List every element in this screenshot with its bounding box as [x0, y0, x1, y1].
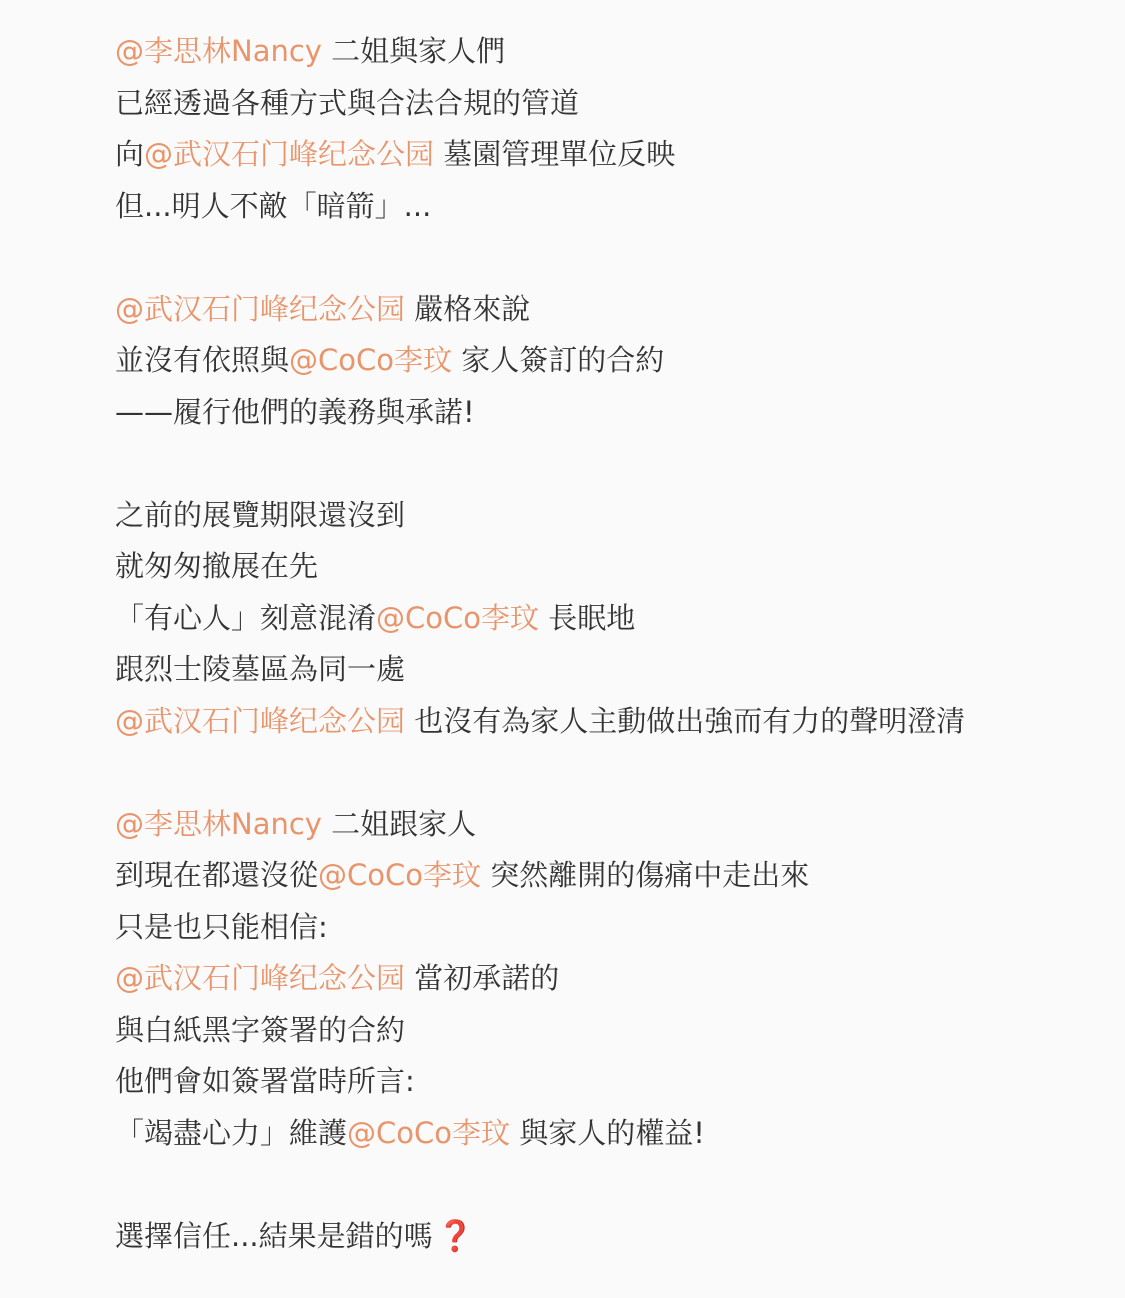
post-text: 墓園管理單位反映	[434, 137, 675, 171]
post-line: 並沒有依照與@CoCo李玟 家人簽訂的合約	[115, 335, 965, 387]
post-text: 只是也只能相信:	[115, 910, 328, 944]
blank-line	[115, 232, 965, 284]
post-body: @李思林Nancy 二姐與家人們已經透過各種方式與合法合規的管道向@武汉石门峰纪…	[115, 26, 965, 1262]
mention-link[interactable]: @李思林Nancy	[115, 807, 322, 841]
post-line: 已經透過各種方式與合法合規的管道	[115, 78, 965, 130]
mention-link[interactable]: @CoCo李玟	[289, 343, 452, 377]
post-text: 二姐跟家人	[322, 807, 476, 841]
post-line: 就匆匆撤展在先	[115, 541, 965, 593]
post-text: 但...明人不敵「暗箭」...	[115, 189, 431, 223]
post-text: 就匆匆撤展在先	[115, 549, 318, 583]
post-line: @武汉石门峰纪念公园 也沒有為家人主動做出強而有力的聲明澄清	[115, 696, 965, 748]
post-text: 當初承諾的	[405, 961, 559, 995]
post-line: 之前的展覽期限還沒到	[115, 490, 965, 542]
post-text: 長眠地	[539, 601, 635, 635]
mention-link[interactable]: @CoCo李玟	[347, 1116, 510, 1150]
post-text: 之前的展覽期限還沒到	[115, 498, 405, 532]
post-text: 也沒有為家人主動做出強而有力的聲明澄清	[405, 704, 965, 738]
post-line: @李思林Nancy 二姐跟家人	[115, 799, 965, 851]
post-text: 與白紙黑字簽署的合約	[115, 1013, 405, 1047]
mention-link[interactable]: @武汉石门峰纪念公园	[115, 704, 405, 738]
post-line: 「竭盡心力」維護@CoCo李玟 與家人的權益!	[115, 1108, 965, 1160]
post-text: ——履行他們的義務與承諾!	[115, 395, 475, 429]
post-text: 向	[115, 137, 144, 171]
blank-line	[115, 438, 965, 490]
post-line: 他們會如簽署當時所言:	[115, 1056, 965, 1108]
mention-link[interactable]: @武汉石门峰纪念公园	[144, 137, 434, 171]
post-line: 選擇信任...結果是錯的嗎❓	[115, 1211, 965, 1263]
red-question-mark-icon: ❓	[437, 1219, 474, 1254]
post-text: 到現在都還沒從	[115, 858, 318, 892]
post-line: 到現在都還沒從@CoCo李玟 突然離開的傷痛中走出來	[115, 850, 965, 902]
post-line: ——履行他們的義務與承諾!	[115, 387, 965, 439]
post-line: @李思林Nancy 二姐與家人們	[115, 26, 965, 78]
post-line: 但...明人不敵「暗箭」...	[115, 181, 965, 233]
post-text: 並沒有依照與	[115, 343, 289, 377]
post-text: 已經透過各種方式與合法合規的管道	[115, 86, 579, 120]
post-text: 選擇信任...結果是錯的嗎	[115, 1219, 433, 1253]
post-text: 「竭盡心力」維護	[115, 1116, 347, 1150]
post-text: 家人簽訂的合約	[452, 343, 664, 377]
blank-line	[115, 747, 965, 799]
post-line: 「有心人」刻意混淆@CoCo李玟 長眠地	[115, 593, 965, 645]
post-text: 突然離開的傷痛中走出來	[481, 858, 809, 892]
post-line: 向@武汉石门峰纪念公园 墓園管理單位反映	[115, 129, 965, 181]
mention-link[interactable]: @CoCo李玟	[318, 858, 481, 892]
post-text: 「有心人」刻意混淆	[115, 601, 376, 635]
post-line: 與白紙黑字簽署的合約	[115, 1005, 965, 1057]
mention-link[interactable]: @CoCo李玟	[376, 601, 539, 635]
post-line: 跟烈士陵墓區為同一處	[115, 644, 965, 696]
mention-link[interactable]: @李思林Nancy	[115, 34, 322, 68]
mention-link[interactable]: @武汉石门峰纪念公园	[115, 961, 405, 995]
mention-link[interactable]: @武汉石门峰纪念公园	[115, 292, 405, 326]
post-text: 他們會如簽署當時所言:	[115, 1064, 415, 1098]
post-line: 只是也只能相信:	[115, 902, 965, 954]
post-text: 與家人的權益!	[510, 1116, 705, 1150]
post-line: @武汉石门峰纪念公园 嚴格來說	[115, 284, 965, 336]
post-text: 跟烈士陵墓區為同一處	[115, 652, 405, 686]
post-text: 二姐與家人們	[322, 34, 505, 68]
post-text: 嚴格來說	[405, 292, 530, 326]
post-line: @武汉石门峰纪念公园 當初承諾的	[115, 953, 965, 1005]
blank-line	[115, 1159, 965, 1211]
